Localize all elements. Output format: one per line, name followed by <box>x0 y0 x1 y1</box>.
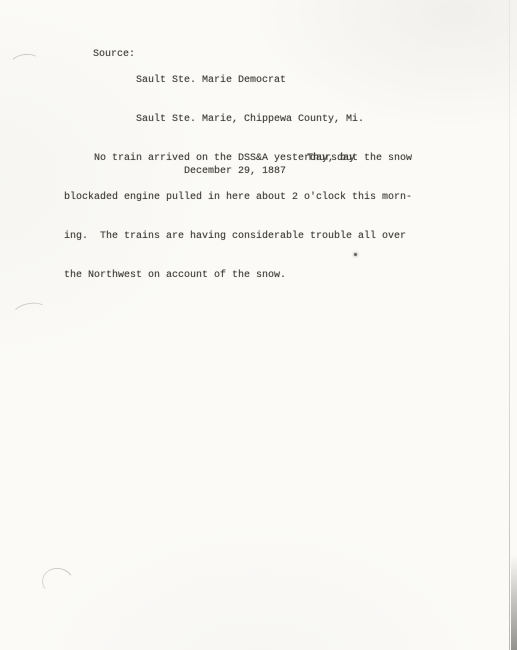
article-line: blockaded engine pulled in here about 2 … <box>64 191 412 204</box>
pencil-arc-mark-middle <box>11 300 50 326</box>
pencil-arc-mark-top <box>9 52 41 74</box>
scanned-document-page: Source: Sault Ste. Marie Democrat Sault … <box>0 0 517 650</box>
article-line: ing. The trains are having considerable … <box>64 230 412 243</box>
pencil-arc-mark-bottom <box>39 565 76 599</box>
source-header: Source: Sault Ste. Marie Democrat Sault … <box>93 48 117 100</box>
scan-edge-line <box>509 0 510 650</box>
article-line: the Northwest on account of the snow. <box>64 269 412 282</box>
scan-edge-shadow <box>511 555 517 650</box>
article-text: No train arrived on the DSS&A yesterday,… <box>64 126 412 308</box>
article-line: No train arrived on the DSS&A yesterday,… <box>64 152 412 165</box>
publication-name: Sault Ste. Marie Democrat <box>136 74 364 87</box>
publication-location: Sault Ste. Marie, Chippewa County, Mi. <box>136 113 364 126</box>
source-label: Source: <box>93 48 135 61</box>
